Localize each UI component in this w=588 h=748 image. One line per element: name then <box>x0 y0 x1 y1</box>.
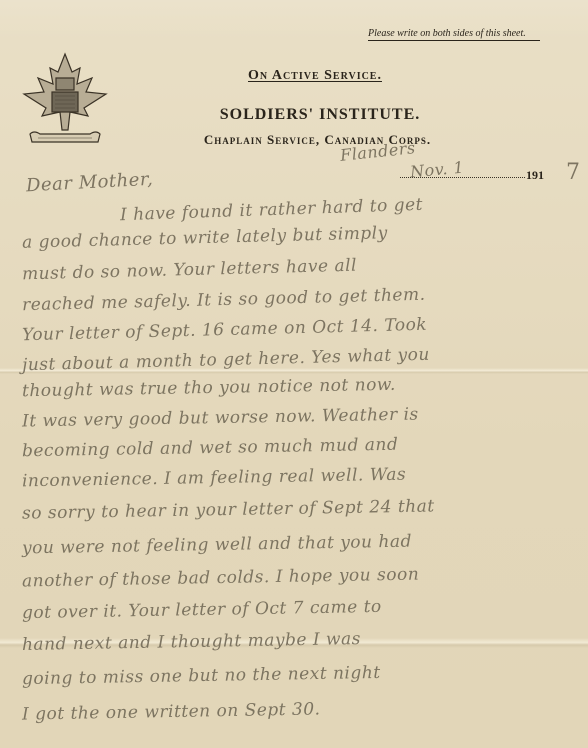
letter-line: I got the one written on Sept 30. <box>22 699 321 724</box>
letter-line: must do so now. Your letters have all <box>22 256 357 285</box>
letter-line: you were not feeling well and that you h… <box>22 532 412 559</box>
letter-line: Your letter of Sept. 16 came on Oct 14. … <box>22 315 428 346</box>
letter-line: It was very good but worse now. Weather … <box>22 405 419 432</box>
letter-line: becoming cold and wet so much mud and <box>22 435 399 462</box>
letter-line: hand next and I thought maybe I was <box>22 629 361 655</box>
letter-line: another of those bad colds. I hope you s… <box>22 565 420 592</box>
chaplain-service-subtitle: Chaplain Service, Canadian Corps. <box>145 132 490 148</box>
letter-line: inconvenience. I am feeling real well. W… <box>22 465 406 492</box>
letter-line: got over it. Your letter of Oct 7 came t… <box>22 597 382 623</box>
letter-line: reached me safely. It is so good to get … <box>22 285 426 316</box>
letter-line: thought was true tho you notice not now. <box>22 375 396 402</box>
salutation: Dear Mother, <box>26 169 154 197</box>
date-dotted-line <box>400 177 525 178</box>
handwritten-year-digit: 7 <box>566 160 581 185</box>
printed-year-prefix: 191 <box>526 168 544 183</box>
letter-line: so sorry to hear in your letter of Sept … <box>22 496 435 523</box>
write-both-sides-notice: Please write on both sides of this sheet… <box>368 28 540 41</box>
letter-line: a good chance to write lately but simply <box>22 223 388 253</box>
soldiers-institute-heading: SOLDIERS' INSTITUTE. <box>170 106 470 124</box>
on-active-service-heading: On Active Service. <box>200 68 430 84</box>
letter-line: I have found it rather hard to get <box>120 195 424 226</box>
maple-leaf-crest-icon <box>22 50 108 148</box>
letter-line: going to miss one but no the next night <box>22 663 381 689</box>
